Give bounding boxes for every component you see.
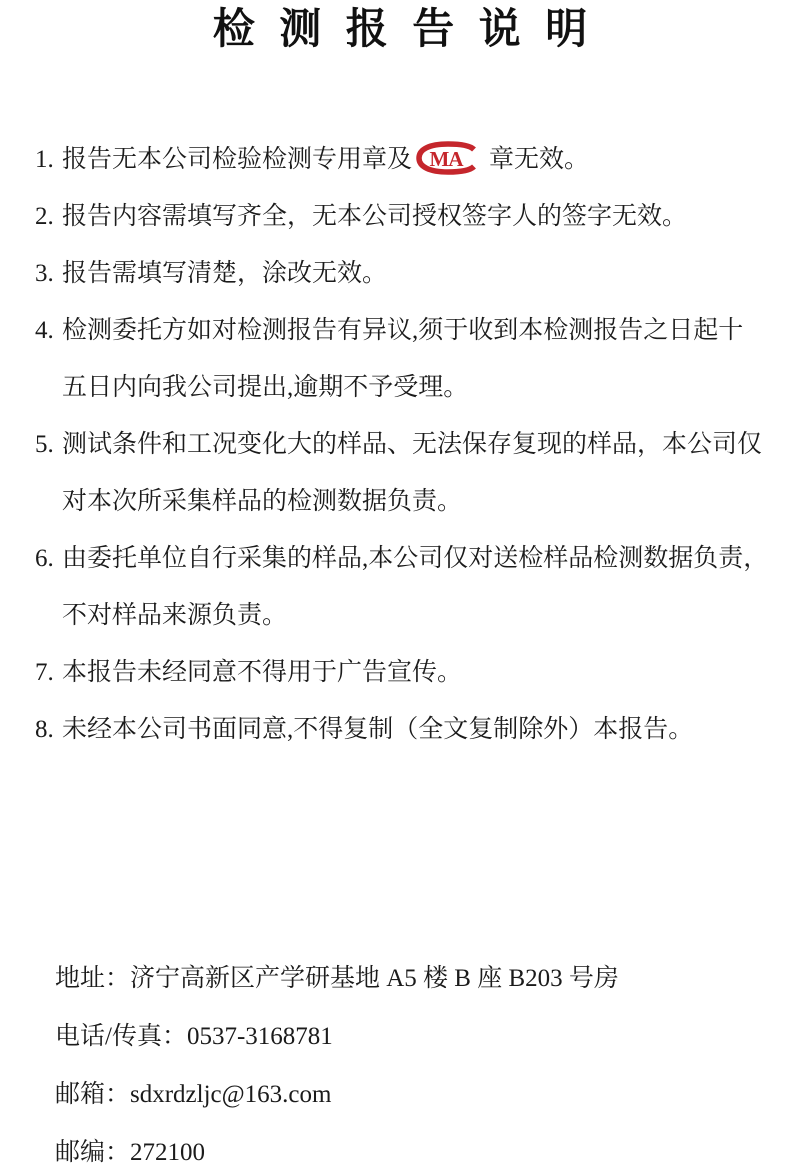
contact-footer: 地址：济宁高新区产学研基地 A5 楼 B 座 B203 号房 电话/传真：053… — [0, 950, 800, 1176]
item-text-after-logo: 章无效。 — [489, 146, 589, 173]
footer-line-email: 邮箱：sdxrdzljc@163.com — [55, 1066, 800, 1124]
item-text: 报告需填写清楚，涂改无效。 — [62, 245, 780, 302]
list-item-5: 5. 测试条件和工况变化大的样品、无法保存复现的样品，本公司仅 对本次所采集样品… — [35, 416, 780, 530]
list-item-7: 7. 本报告未经同意不得用于广告宣传。 — [35, 644, 780, 701]
list-item-6: 6. 由委托单位自行采集的样品,本公司仅对送检样品检测数据负责， 不对样品来源负… — [35, 530, 780, 644]
list-item-3: 3. 报告需填写清楚，涂改无效。 — [35, 245, 780, 302]
item-number: 7. — [35, 644, 62, 701]
item-number: 2. — [35, 188, 62, 245]
report-notes-page: { "page": { "title": "检 测 报 告 说 明" }, "i… — [0, 0, 800, 1176]
item-text: 报告无本公司检验检测专用章及MA章无效。 — [62, 131, 780, 188]
item-number: 8. — [35, 701, 62, 758]
item-text-before-logo: 报告无本公司检验检测专用章及 — [62, 146, 412, 173]
footer-line-postcode: 邮编：272100 — [55, 1124, 800, 1176]
item-number: 1. — [35, 131, 62, 188]
item-text: 由委托单位自行采集的样品,本公司仅对送检样品检测数据负责， 不对样品来源负责。 — [62, 530, 780, 644]
cma-logo-label: MA — [430, 147, 465, 171]
cma-logo: MA — [415, 141, 481, 175]
item-number: 6. — [35, 530, 62, 587]
footer-line-address: 地址：济宁高新区产学研基地 A5 楼 B 座 B203 号房 — [55, 950, 800, 1008]
item-number: 3. — [35, 245, 62, 302]
list-item-1: 1. 报告无本公司检验检测专用章及MA章无效。 — [35, 131, 780, 188]
item-number: 4. — [35, 302, 62, 359]
item-text: 检测委托方如对检测报告有异议,须于收到本检测报告之日起十 五日内向我公司提出,逾… — [62, 302, 780, 416]
footer-line-phone-fax: 电话/传真：0537-3168781 — [55, 1008, 800, 1066]
item-text: 本报告未经同意不得用于广告宣传。 — [62, 644, 780, 701]
instruction-list: 1. 报告无本公司检验检测专用章及MA章无效。 2. 报告内容需填写齐全，无本公… — [0, 131, 800, 758]
list-item-8: 8. 未经本公司书面同意,不得复制（全文复制除外）本报告。 — [35, 701, 780, 758]
list-item-4: 4. 检测委托方如对检测报告有异议,须于收到本检测报告之日起十 五日内向我公司提… — [35, 302, 780, 416]
item-text: 报告内容需填写齐全，无本公司授权签字人的签字无效。 — [62, 188, 780, 245]
list-item-2: 2. 报告内容需填写齐全，无本公司授权签字人的签字无效。 — [35, 188, 780, 245]
page-title: 检 测 报 告 说 明 — [0, 6, 800, 54]
item-text: 测试条件和工况变化大的样品、无法保存复现的样品，本公司仅 对本次所采集样品的检测… — [62, 416, 780, 530]
item-number: 5. — [35, 416, 62, 473]
item-text: 未经本公司书面同意,不得复制（全文复制除外）本报告。 — [62, 701, 780, 758]
